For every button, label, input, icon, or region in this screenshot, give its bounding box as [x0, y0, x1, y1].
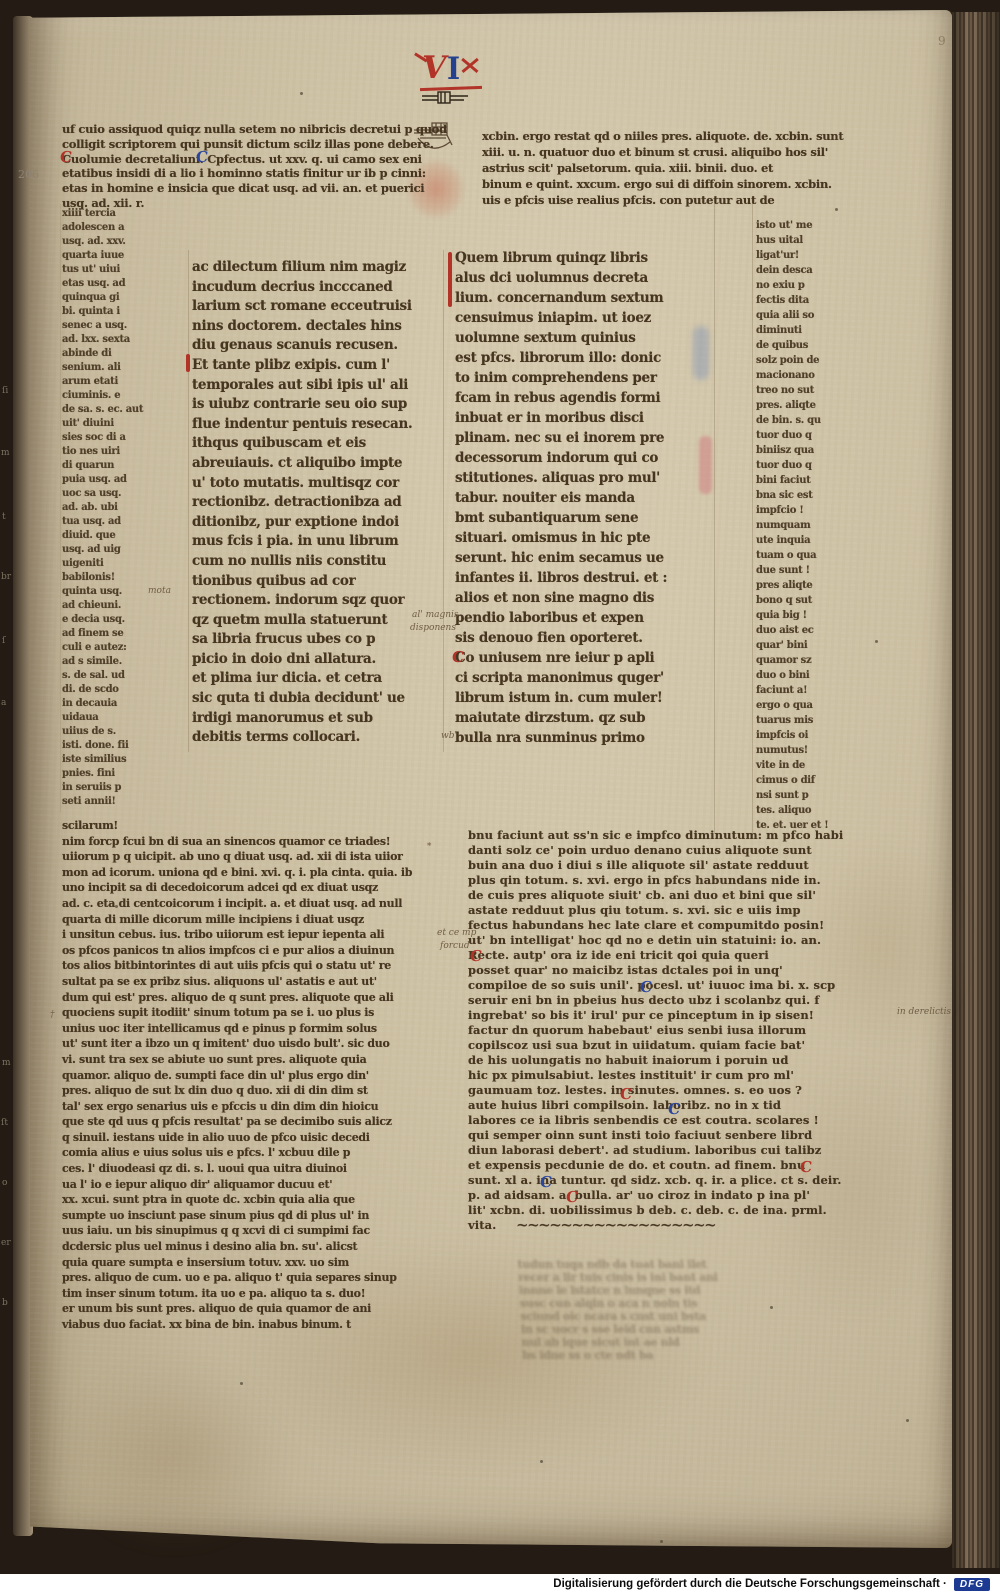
text-line: et expensis pecdunie de do. et coutn. ad…: [468, 1158, 950, 1173]
paragraph-mark: C: [639, 978, 653, 996]
ruling-line: [60, 204, 61, 812]
text-line: tim inser sinum totum. ita uo e pa. aliq…: [62, 1286, 448, 1302]
text-line: pres aliqte: [756, 578, 830, 593]
text-line: fcam in rebus agendis formi: [455, 388, 713, 408]
text-line: ditionibz, pur exptione indoi: [192, 513, 442, 533]
text-line: quinqua gi: [62, 291, 184, 305]
text-line: scilarum!: [62, 818, 448, 834]
text-line: aute huius libri compilsoin. laboribz. n…: [468, 1098, 950, 1113]
text-line: no exiu p: [756, 278, 830, 293]
text-line: usq. ad. xxv.: [62, 235, 184, 249]
text-line: culi e autez:: [62, 641, 184, 655]
text-line: buin ana duo i diui s ille aliquote sil'…: [468, 858, 950, 873]
text-line: de his uolungatis no habuit inaiorum i p…: [468, 1053, 950, 1068]
text-line: os pfcos panicos tn alios impfcos ci e p…: [62, 943, 448, 959]
text-line: sies soc di a: [62, 431, 184, 445]
gloss: a: [1, 698, 6, 708]
gloss: m: [2, 1058, 11, 1068]
text-line: solz poin de: [756, 353, 830, 368]
paragraph-mark: C: [565, 1188, 579, 1206]
text-line: dum qui est' pres. aliquo de q sunt pres…: [62, 990, 448, 1006]
photo-background: V I uf cuio assiquod quiqz nulla setem n…: [0, 0, 1000, 1574]
text-line: ua l' io e iepur aliquo dir' aliquamor d…: [62, 1177, 448, 1193]
gloss: br: [1, 572, 11, 582]
text-line: uidaua: [62, 711, 184, 725]
gloss: ſt: [1, 1118, 8, 1128]
text-line: uf cuio assiquod quiqz nulla setem no ni…: [62, 122, 448, 137]
text-line: plus qin totum. s. xvi. ergo in pfcs hab…: [468, 873, 950, 888]
text-line: ad finem se: [62, 627, 184, 641]
text-line: diuid. que: [62, 529, 184, 543]
text-line: etas in homine e insicia que dicat usq. …: [62, 181, 448, 196]
top-left-annotation: uf cuio assiquod quiqz nulla setem no ni…: [62, 122, 448, 211]
gloss: ~~~~~~~~~~~~~~~~~~: [516, 1216, 715, 1234]
text-line: qui semper oinn sunt insti toio faciuut …: [468, 1128, 950, 1143]
ruling-line: [714, 198, 715, 834]
text-line: et plima iur dicia. et cetra: [192, 669, 442, 689]
text-line: tuarus mis: [756, 713, 830, 728]
paragraph-mark: bar: [448, 252, 452, 307]
text-line: tabur. nouiter eis manda: [455, 488, 713, 508]
text-line: bono q sut: [756, 593, 830, 608]
left-margin-column: xiiii terciaadolescen ausq. ad. xxv.quar…: [62, 207, 184, 809]
text-line: diun laborasi debert'. ad studium. labor…: [468, 1143, 950, 1158]
text-line: nul ab ique sicut int ae nld: [521, 1336, 942, 1349]
text-line: susc cun alqin o aca n noln tis: [519, 1297, 940, 1310]
text-line: debitis terms collocari.: [192, 728, 442, 748]
text-line: q sinuil. iestans uide in alio uuo de pf…: [62, 1130, 448, 1146]
text-line: hic px pimulsabiut. lestes instituit' ir…: [468, 1068, 950, 1083]
text-line: Et tante plibz exipis. cum l': [192, 356, 442, 376]
text-line: is uiubz contrarie seu oio sup: [192, 395, 442, 415]
text-line: etas usq. ad: [62, 277, 184, 291]
text-line: in sc uocr s sse leid cnn astms: [521, 1323, 942, 1336]
text-line: tuor duo q: [756, 428, 830, 443]
text-line: duo aist ec: [756, 623, 830, 638]
main-column-1: ac dilectum filium nim magizincudum decr…: [192, 258, 442, 748]
text-line: uis e pfcis uise realius pfcis. con pute…: [482, 192, 948, 208]
text-line: xiiii tercia: [62, 207, 184, 221]
text-line: abinde di: [62, 347, 184, 361]
ruling-line: [443, 250, 444, 752]
text-line: temporales aut sibi ipis ul' ali: [192, 376, 442, 396]
text-line: ad chieuni.: [62, 599, 184, 613]
gloss: m: [1, 448, 10, 458]
text-line: bnu faciunt aut ss'n sic e impfco diminu…: [468, 828, 950, 843]
paragraph-mark: C: [799, 1158, 813, 1176]
text-line: etatibus insidi di a lio i hominno stati…: [62, 166, 448, 181]
text-line: senec a usq.: [62, 319, 184, 333]
text-line: due sunt !: [756, 563, 830, 578]
text-line: sic quta ti dubia decidunt' ue: [192, 689, 442, 709]
text-line: xiii. u. n. quatuor duo et binum st crus…: [482, 144, 948, 160]
gloss: et ce mp: [437, 928, 476, 938]
text-line: seti annii!: [62, 795, 184, 809]
gloss: er: [1, 1238, 11, 1248]
text-line: posset quar' no maicibz istas dctales po…: [468, 963, 950, 978]
text-line: duo o bini: [756, 668, 830, 683]
text-line: pres. aliqte: [756, 398, 830, 413]
text-line: rectionibz. detractionibza ad: [192, 493, 442, 513]
text-line: ad. lxx. sexta: [62, 333, 184, 347]
text-line: uus iaiu. un bis sinupimus q q xcvi di c…: [62, 1223, 448, 1239]
text-line: tos alios bitbintorintes di aut uiis pfc…: [62, 958, 448, 974]
text-line: xx. xcui. sunt ptra in quote dc. xcbin q…: [62, 1192, 448, 1208]
fleck: [906, 1419, 909, 1422]
text-line: ergo o qua: [756, 698, 830, 713]
text-line: astate redduut plus qiu totum. s. xvi. s…: [468, 903, 950, 918]
text-line: cimus o dif: [756, 773, 830, 788]
fleck: [540, 1460, 543, 1463]
text-line: ithqus quibuscam et eis: [192, 434, 442, 454]
gloss: b: [2, 1298, 8, 1308]
text-line: sa libria frucus ubes co p: [192, 630, 442, 650]
text-line: quamor sz: [756, 653, 830, 668]
text-line: larium sct romane ecceutruisi: [192, 297, 442, 317]
text-line: diu genaus scanuis recusen.: [192, 336, 442, 356]
text-line: librum istum in. cum muler!: [455, 688, 713, 708]
text-line: ad. c. eta di centcoicorum i incipit. a.…: [62, 896, 448, 912]
text-line: qz quetm mulla statuerunt: [192, 611, 442, 631]
text-line: ad s simile.: [62, 655, 184, 669]
text-line: copilscoz usi sua bzut in uiidatum. quia…: [468, 1038, 950, 1053]
text-line: que ste qd uus q pfcis resultat' pa se d…: [62, 1114, 448, 1130]
text-line: babilonis!: [62, 571, 184, 585]
text-line: labores ce ia libris senbendis ce est co…: [468, 1113, 950, 1128]
text-line: usq. ad uig: [62, 543, 184, 557]
text-line: quarta di mille dicorum mille incipiens …: [62, 912, 448, 928]
text-line: infantes ii. libros destrui. et :: [455, 568, 713, 588]
text-line: treo no sut: [756, 383, 830, 398]
text-line: ligat'ur!: [756, 248, 830, 263]
text-line: recer a lir tuis cinis is ini bant ani: [518, 1271, 939, 1284]
text-line: isti. done. fii: [62, 739, 184, 753]
text-line: tua usq. ad: [62, 515, 184, 529]
text-line: ingrebat' so bis it' irul' pur ce pincep…: [468, 1008, 950, 1023]
gloss: mota: [148, 586, 171, 596]
text-line: faciunt a!: [756, 683, 830, 698]
dfg-logo: DFG: [954, 1578, 990, 1591]
text-line: in seruiis p: [62, 781, 184, 795]
text-line: sumpte uo insciunt pase sinum pius qd di…: [62, 1208, 448, 1224]
text-line: ciuminis. e: [62, 389, 184, 403]
text-line: puia usq. ad: [62, 473, 184, 487]
fleck: [835, 208, 838, 211]
text-line: de sa. s. ec. aut: [62, 403, 184, 417]
ruling-line: [752, 198, 753, 834]
paragraph-mark: C: [667, 1100, 681, 1118]
text-line: fectis dita: [756, 293, 830, 308]
gloss: o: [2, 1178, 7, 1188]
text-line: diminuti: [756, 323, 830, 338]
text-line: plinam. nec su ei inorem pre: [455, 428, 713, 448]
top-right-annotation: xcbin. ergo restat qd o niiles pres. ali…: [482, 128, 948, 208]
text-line: adolescen a: [62, 221, 184, 235]
paragraph-mark: bar: [186, 354, 190, 372]
text-line: incudum decrius incccaned: [192, 278, 442, 298]
text-line: pres. aliquo de cum. uo e pa. aliquo t' …: [62, 1270, 448, 1286]
text-line: tuor duo q: [756, 458, 830, 473]
text-line: isto ut' me: [756, 218, 830, 233]
text-line: ut' bn intelligat' hoc qd no e detin uin…: [468, 933, 950, 948]
manuscript-scan: V I uf cuio assiquod quiqz nulla setem n…: [0, 0, 1000, 1594]
gloss: wb': [441, 731, 457, 741]
text-line: vite in de: [756, 758, 830, 773]
text-line: bmt subantiquarum sene: [455, 508, 713, 528]
text-line: alus dci uolumnus decreta: [455, 268, 713, 288]
text-line: uoc sa usq.: [62, 487, 184, 501]
text-line: bini faciut: [756, 473, 830, 488]
text-line: biniisz qua: [756, 443, 830, 458]
text-line: decessorum indorum qui co: [455, 448, 713, 468]
text-line: hus uital: [756, 233, 830, 248]
text-line: ces. l' diuodeasi qz di. s. l. uoui qua …: [62, 1161, 448, 1177]
fleck: [240, 1382, 243, 1385]
text-line: ac dilectum filium nim magiz: [192, 258, 442, 278]
text-line: impfcio !: [756, 503, 830, 518]
text-line: danti solz ce' poin urduo denano cuius a…: [468, 843, 950, 858]
text-line: factur dn quorum habebaut' eius senbi iu…: [468, 1023, 950, 1038]
text-line: dein desca: [756, 263, 830, 278]
text-line: uolumne sextum quinius: [455, 328, 713, 348]
gloss: t: [2, 512, 6, 522]
paragraph-mark: C: [195, 148, 209, 166]
text-line: flue indentur pentuis resecan.: [192, 415, 442, 435]
text-line: i unsitun cebus. ius. tribo uiiorum est …: [62, 927, 448, 943]
text-line: unius uoc iter intellicamus qd e pinus p…: [62, 1021, 448, 1037]
text-line: macionano: [756, 368, 830, 383]
numeral-v: V: [419, 50, 449, 86]
text-line: di quarun: [62, 459, 184, 473]
text-line: to inim comprehendens per: [455, 368, 713, 388]
text-line: quar' bini: [756, 638, 830, 653]
text-line: irdigi manorumus et sub: [192, 709, 442, 729]
text-line: s. de sal. ud: [62, 669, 184, 683]
text-line: quarta iuue: [62, 249, 184, 263]
text-line: in decauia: [62, 697, 184, 711]
text-line: picio in doio dni allatura.: [192, 650, 442, 670]
text-line: Quem librum quinqz libris: [455, 248, 713, 268]
text-line: tus ut' uiui: [62, 263, 184, 277]
book-fore-edge: [952, 12, 1000, 1568]
text-line: alios et non sine magno dis: [455, 588, 713, 608]
text-line: uit' diuini: [62, 417, 184, 431]
main-column-2: Quem librum quinqz librisalus dci uolumn…: [455, 248, 713, 748]
text-line: bs idne ss o cte ndt ba: [522, 1349, 943, 1362]
text-line: viabus duo faciat. xx bina de bin. inabu…: [62, 1317, 448, 1333]
text-line: sciund oic ncara s cnst uni bsta: [520, 1310, 941, 1323]
fleck: [660, 1540, 663, 1543]
text-line: u' toto mutatis. multisqz cor: [192, 474, 442, 494]
text-line: nins doctorem. dectales hins: [192, 317, 442, 337]
paragraph-mark: C: [539, 1173, 553, 1191]
text-line: ad. ab. ubi: [62, 501, 184, 515]
text-line: Recte. autp' ora iz ide eni tricit qoi q…: [468, 948, 950, 963]
text-line: quamor. aliquo de. sumpti face din ul' p…: [62, 1068, 448, 1084]
fleck: [875, 640, 878, 643]
text-line: de quibus: [756, 338, 830, 353]
text-line: inbuat er in moribus disci: [455, 408, 713, 428]
text-line: ut' sunt iter a ibzo un q imitent' duo u…: [62, 1036, 448, 1052]
text-line: quia big !: [756, 608, 830, 623]
text-line: mus fcis i pia. in unu librum: [192, 532, 442, 552]
digitization-footer: Digitalisierung gefördert durch die Deut…: [0, 1574, 1000, 1594]
paragraph-mark: C: [451, 648, 465, 666]
text-line: sis denouo fien oporteret.: [455, 628, 713, 648]
paragraph-mark: C: [59, 148, 73, 166]
text-line: numutus!: [756, 743, 830, 758]
text-line: impfcis oi: [756, 728, 830, 743]
text-line: de cuis pres aliquote siuit' cb. ani duo…: [468, 888, 950, 903]
text-line: ci scripta manonimus quger': [455, 668, 713, 688]
text-line: abreuiauis. ct aliquibo impte: [192, 454, 442, 474]
text-line: est pfcs. librorum illo: donic: [455, 348, 713, 368]
text-line: compiloe de so suis unil'. pocesl. ut' i…: [468, 978, 950, 993]
text-line: pres. aliquo de sut lx din duo q duo. xi…: [62, 1083, 448, 1099]
text-line: censuimus iniapim. ut ioez: [455, 308, 713, 328]
gloss: †: [50, 1010, 55, 1020]
paragraph-mark: C: [619, 1085, 633, 1103]
text-line: bulla nra sunminus primo: [455, 728, 713, 748]
text-line: tal' sex ergo senarius uis e pfccis u di…: [62, 1099, 448, 1115]
text-line: astrius scit' palsetorum. quia. xiii. bi…: [482, 160, 948, 176]
text-line: gaumuam toz. lestes. in sinutes. omnes. …: [468, 1083, 950, 1098]
text-line: numquam: [756, 518, 830, 533]
text-line: lium. concernandum sextum: [455, 288, 713, 308]
text-line: nim forcp fcui bn di sua an sinencos qua…: [62, 834, 448, 850]
text-line: nsi sunt p: [756, 788, 830, 803]
gloss: ſi: [2, 386, 8, 396]
numeral-i: I: [447, 50, 460, 86]
text-line: quia alii so: [756, 308, 830, 323]
gloss: ∗: [426, 840, 432, 850]
text-line: fectus habundans hec late clare et compu…: [468, 918, 950, 933]
text-line: tionibus quibus ad cor: [192, 572, 442, 592]
right-margin-column: isto ut' mehus uitalligat'ur!dein descan…: [756, 218, 830, 833]
gloss: disponens: [410, 623, 456, 633]
gloss: 206: [18, 168, 39, 181]
footer-caption: Digitalisierung gefördert durch die Deut…: [553, 1578, 947, 1590]
lower-left-block: scilarum!nim forcp fcui bn di sua an sin…: [62, 818, 448, 1333]
text-line: uigeniti: [62, 557, 184, 571]
gloss: al' magnis: [412, 610, 459, 620]
text-line: serunt. hic enim secamus ue: [455, 548, 713, 568]
text-line: binum e quint. xxcum. ergo sui di diffoi…: [482, 176, 948, 192]
text-line: bna sic est: [756, 488, 830, 503]
text-line: cum no nullis niis constitu: [192, 552, 442, 572]
show-through-text: tudun tuqa ndb da tuat bani iletrecer a …: [517, 1258, 942, 1362]
text-line: arum etati: [62, 375, 184, 389]
text-line: sultat pa se ex pribz sius. aliquons ul'…: [62, 974, 448, 990]
text-line: pnies. fini: [62, 767, 184, 781]
text-line: senium. ali: [62, 361, 184, 375]
text-line: er unum bis sunt pres. aliquo de quia qu…: [62, 1301, 448, 1317]
gloss: in derelictis: [897, 1007, 951, 1017]
text-line: innne le lstatce n lunqne ss itd: [519, 1284, 940, 1297]
text-line: comia alius e uius solus uis e pfcs. l' …: [62, 1145, 448, 1161]
text-line: di. de scdo: [62, 683, 184, 697]
text-line: iste similius: [62, 753, 184, 767]
paragraph-mark: C: [469, 947, 483, 965]
text-line: maiutate dirzstum. qz sub: [455, 708, 713, 728]
text-line: ute inquia: [756, 533, 830, 548]
text-line: xcbin. ergo restat qd o niiles pres. ali…: [482, 128, 948, 144]
text-line: tes. aliquo: [756, 803, 830, 818]
text-line: colligit scriptorem qui punsit dictum sc…: [62, 137, 448, 152]
text-line: quociens supit itodiit' sinum totum pa s…: [62, 1005, 448, 1021]
ruling-line: [188, 250, 189, 752]
text-line: tio nes uiri: [62, 445, 184, 459]
text-line: e decia usq.: [62, 613, 184, 627]
gloss: ſ: [2, 636, 5, 646]
text-line: rectionem. indorum sqz quor: [192, 591, 442, 611]
text-line: situari. omismus in hic pte: [455, 528, 713, 548]
text-line: Co uniusem nre ieiur p apli: [455, 648, 713, 668]
text-line: quia quare sumpta e insersium totuv. xxv…: [62, 1255, 448, 1271]
text-line: tuam o qua: [756, 548, 830, 563]
text-line: uiiorum p q uicipit. ab uno q diuat usq.…: [62, 849, 448, 865]
text-line: stitutiones. aliquas pro mul': [455, 468, 713, 488]
text-line: tudun tuqa ndb da tuat bani ilet: [517, 1258, 938, 1271]
text-line: vi. sunt tra sex se abiute uo sunt pres.…: [62, 1052, 448, 1068]
text-line: mon ad icorum. uniona qd e bini. xvi. q.…: [62, 865, 448, 881]
text-line: Cuolumie decretaliuni. Cpfectus. ut xxv.…: [62, 152, 448, 167]
fleck: [300, 92, 303, 95]
text-line: uiius de s.: [62, 725, 184, 739]
text-line: de bin. s. qu: [756, 413, 830, 428]
text-line: dcdersic plus uel minus i desino alia bn…: [62, 1239, 448, 1255]
ink-ornament: [420, 88, 472, 108]
text-line: uno incipit sa di decedoicorum adcei qd …: [62, 880, 448, 896]
text-line: seruir eni bn in pbeius hus decto ubz i …: [468, 993, 950, 1008]
text-line: pendio laboribus et expen: [455, 608, 713, 628]
gloss: forcud: [440, 941, 470, 951]
text-line: bi. quinta i: [62, 305, 184, 319]
gloss: 9: [938, 34, 946, 48]
